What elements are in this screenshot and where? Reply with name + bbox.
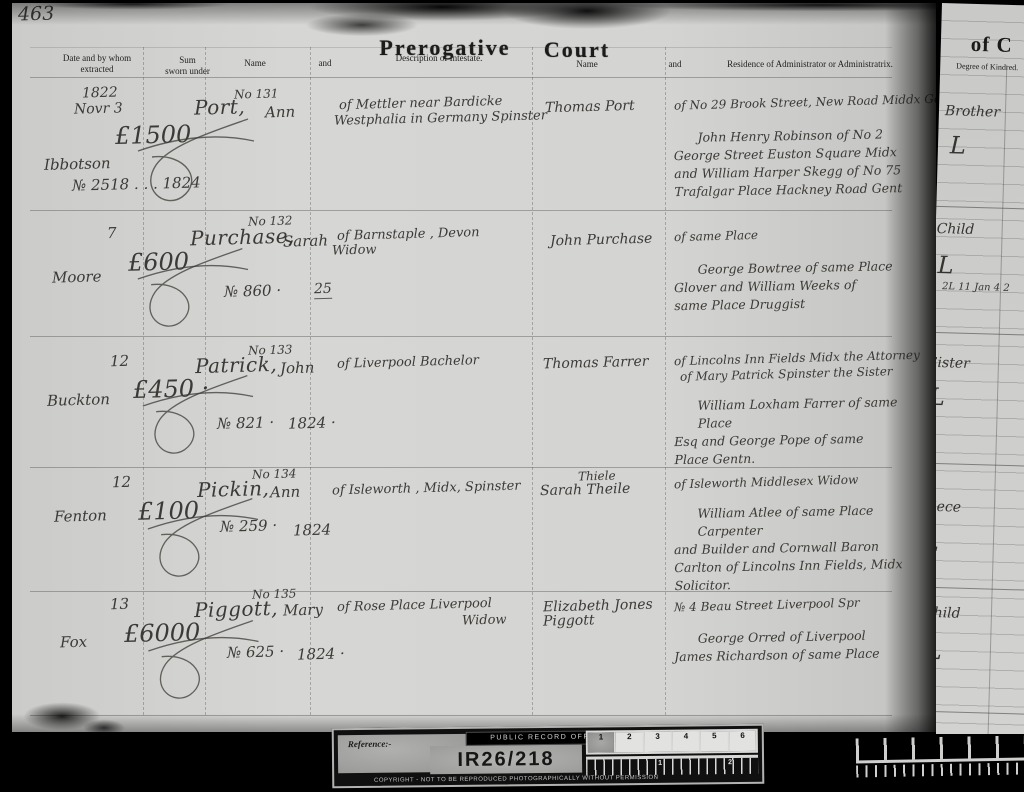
pen-flourish bbox=[132, 491, 272, 586]
kindred-relation: Niece bbox=[936, 499, 961, 516]
register-year: 1824 · bbox=[297, 644, 345, 663]
kindred-mark: L bbox=[950, 131, 967, 159]
row-rule bbox=[936, 332, 1024, 336]
kindred-page: of C Degree of Kindred. Brother L Child … bbox=[936, 3, 1024, 734]
ruler-fragment bbox=[856, 736, 1024, 783]
administrator-residence: of Isleworth Middlesex Widow bbox=[674, 473, 859, 492]
column-header-sum: Sum sworn under bbox=[145, 55, 230, 77]
ruler-number: 1 bbox=[588, 732, 617, 752]
ruler-fine-ticks bbox=[586, 755, 758, 776]
kindred-relation: Sister bbox=[936, 355, 970, 372]
intestate-surname: Piggott, bbox=[194, 596, 279, 622]
adjacent-page-strip: of C Degree of Kindred. Brother L Child … bbox=[936, 0, 1024, 734]
extractor: Moore bbox=[52, 267, 102, 286]
administrator-name: John Purchase bbox=[550, 231, 653, 250]
kindred-mark: L bbox=[937, 251, 954, 279]
ruler-number: 3 bbox=[644, 732, 673, 752]
folio-number: 463 bbox=[18, 3, 55, 25]
margin-note: 25 bbox=[314, 281, 332, 299]
administrator-residence: № 4 Beau Street Liverpool Spr bbox=[674, 596, 860, 615]
column-header-name1: Name bbox=[225, 58, 285, 69]
intestate-forename: Ann bbox=[265, 103, 296, 122]
kindred-note: 2L 11 Jan 4 2 bbox=[942, 281, 1010, 294]
administrator-residence-detail: William Loxham Farrer of same Place Esq … bbox=[673, 393, 924, 469]
reference-strip: Reference:- PUBLIC RECORD OFFICE IR26/21… bbox=[332, 724, 765, 789]
intestate-description: Widow bbox=[332, 242, 377, 258]
entry-date-day: 7 bbox=[107, 224, 117, 242]
intestate-surname: Port, bbox=[194, 94, 246, 119]
row-rule bbox=[936, 711, 1024, 715]
administrator-name: Sarah Theile bbox=[540, 481, 631, 499]
row-rule bbox=[30, 77, 892, 78]
column-header-description: Description of Intestate. bbox=[349, 53, 529, 64]
intestate-surname: Patrick, bbox=[195, 352, 278, 378]
ruler-number: 5 bbox=[701, 731, 730, 751]
ruler-inch-cells: 1 2 3 4 5 6 bbox=[586, 729, 758, 755]
row-rule bbox=[936, 463, 1024, 467]
kindred-mark: L bbox=[936, 529, 939, 557]
entry-date: 1822 bbox=[82, 85, 118, 102]
column-header-date: Date and by whom extracted bbox=[47, 53, 147, 75]
ruler: 1 2 3 4 5 6 1 2 bbox=[586, 729, 759, 781]
administrator-residence-detail: William Atlee of same Place Carpenter an… bbox=[673, 501, 925, 595]
ruler-minor-ticks bbox=[856, 763, 1024, 778]
reference-number: IR26/218 bbox=[430, 748, 582, 773]
intestate-description: of Isleworth , Midx, Spinster bbox=[332, 479, 521, 499]
register-year: 1824 bbox=[293, 521, 332, 540]
administrator-residence: of No 29 Brook Street, New Road Middx Ge… bbox=[674, 91, 940, 112]
reference-label: Reference:- bbox=[348, 739, 392, 749]
extractor: Fox bbox=[60, 633, 88, 652]
column-rule bbox=[665, 47, 666, 715]
column-header-residence: Residence of Administrator or Administra… bbox=[695, 59, 925, 70]
pen-flourish bbox=[130, 613, 275, 708]
ruler-sub-number: 2 bbox=[728, 759, 732, 766]
kindred-mark: L bbox=[936, 383, 945, 411]
microfilm-scan: 463 Prerogative Court Date and by whom e… bbox=[0, 0, 1024, 792]
column-header-name2: Name bbox=[552, 59, 622, 70]
column-rule bbox=[532, 47, 533, 715]
administrator-name: Thomas Farrer bbox=[543, 354, 649, 373]
ruler-number: 2 bbox=[616, 732, 645, 752]
intestate-description: of Barnstaple , Devon bbox=[337, 225, 480, 244]
intestate-description: of Rose Place Liverpool bbox=[337, 596, 492, 615]
entry-date-day: 13 bbox=[110, 595, 130, 613]
administrator-residence: of same Place bbox=[674, 228, 758, 244]
administrator-name: Piggott bbox=[543, 612, 595, 629]
column-header-kindred: Degree of Kindred. bbox=[936, 61, 1024, 73]
intestate-forename: Sarah bbox=[283, 231, 328, 250]
column-header-and1: and bbox=[310, 58, 340, 69]
pen-flourish bbox=[122, 241, 262, 336]
ruler-sub-number: 1 bbox=[658, 760, 662, 767]
administrator-residence-detail: George Bowtree of same Place Glover and … bbox=[674, 257, 925, 315]
intestate-forename: John bbox=[280, 359, 315, 378]
intestate-description: Widow bbox=[462, 612, 507, 628]
ruler-number: 6 bbox=[729, 731, 756, 751]
row-rule bbox=[30, 47, 892, 48]
entry-date-day: 12 bbox=[112, 473, 132, 491]
extractor: Ibbotson bbox=[44, 154, 111, 174]
administrator-residence-detail: John Henry Robinson of No 2 George Stree… bbox=[673, 125, 924, 201]
kindred-mark: L bbox=[936, 637, 942, 665]
column-rule bbox=[987, 65, 1007, 734]
administrator-name: Thomas Port bbox=[545, 98, 635, 116]
ruler-major-ticks bbox=[856, 736, 1024, 764]
extractor: Buckton bbox=[47, 390, 110, 410]
intestate-forename: Ann bbox=[270, 483, 301, 502]
register-page: 463 Prerogative Court Date and by whom e… bbox=[12, 3, 940, 732]
pen-flourish bbox=[127, 368, 267, 463]
register-year: 1824 · bbox=[288, 413, 336, 432]
kindred-relation: Brother bbox=[945, 103, 1000, 121]
extractor: Fenton bbox=[54, 506, 107, 525]
row-rule bbox=[30, 715, 892, 716]
intestate-surname: Purchase, bbox=[190, 224, 295, 251]
adjacent-page-title: of C bbox=[971, 32, 1014, 58]
kindred-relation: Child bbox=[936, 605, 961, 622]
intestate-forename: Mary bbox=[283, 600, 323, 619]
administrator-residence-detail: George Orred of Liverpool James Richards… bbox=[674, 626, 925, 666]
row-rule bbox=[30, 336, 892, 337]
scan-blot bbox=[14, 691, 134, 732]
ruler-number: 4 bbox=[673, 731, 702, 751]
intestate-surname: Pickin, bbox=[197, 476, 270, 502]
row-rule bbox=[936, 587, 1024, 591]
row-rule bbox=[936, 206, 1024, 210]
entry-date-day: Novr 3 bbox=[74, 100, 123, 117]
kindred-relation: Child bbox=[936, 221, 974, 238]
pen-flourish bbox=[120, 111, 270, 211]
page-gutter-shadow bbox=[885, 3, 940, 732]
intestate-description: of Liverpool Bachelor bbox=[337, 353, 479, 372]
